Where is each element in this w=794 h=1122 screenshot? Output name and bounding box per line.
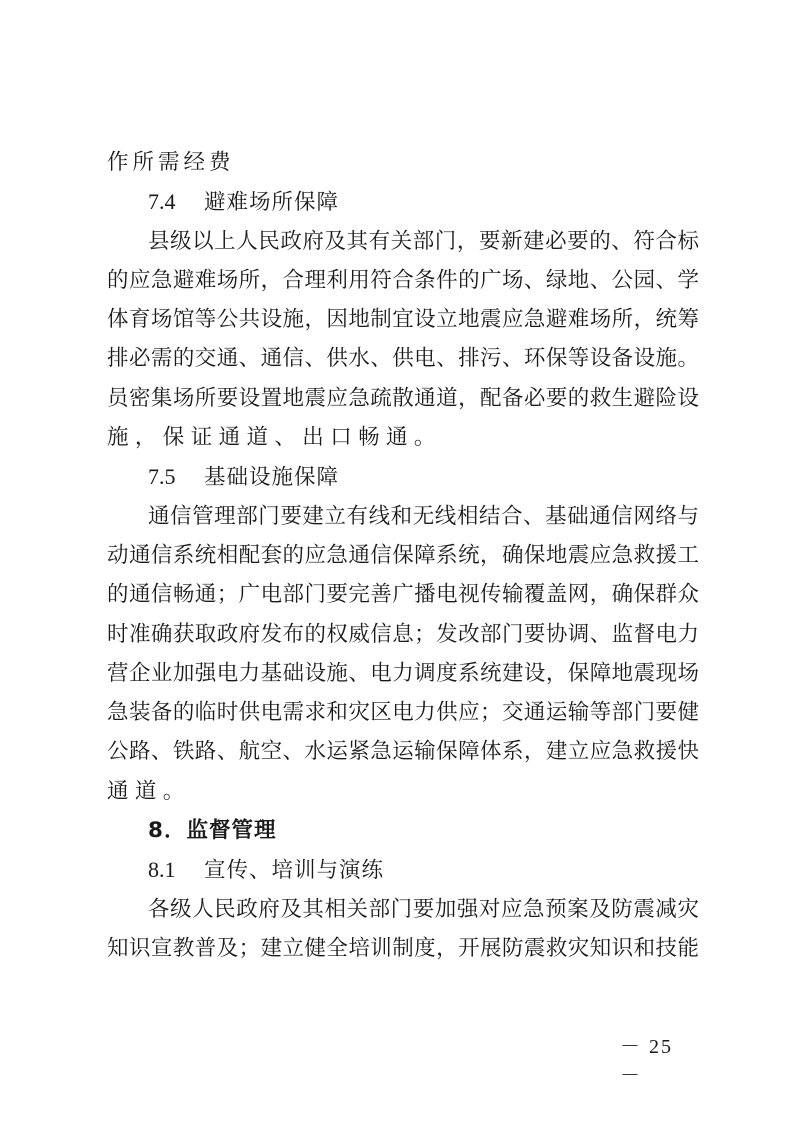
paragraph-line: 员密集场所要设置地震应急疏散通道，配备必要的救生避险设 <box>107 379 699 418</box>
paragraph-line: 县级以上人民政府及其有关部门，要新建必要的、符合标准 <box>107 222 699 261</box>
paragraph-line: 公路、铁路、航空、水运紧急运输保障体系，建立应急救援快速 <box>107 732 699 771</box>
section-heading-8-1: 8.1宣传、培训与演练 <box>107 850 699 889</box>
section-title: 避难场所保障 <box>204 190 339 215</box>
section-title: 宣传、培训与演练 <box>204 858 384 883</box>
paragraph-line: 时准确获取政府发布的权威信息；发改部门要协调、监督电力运 <box>107 615 699 654</box>
section-number: 7.4 <box>148 182 204 221</box>
document-page: 作所需经费 7.4避难场所保障 县级以上人民政府及其有关部门，要新建必要的、符合… <box>0 0 794 1122</box>
paragraph-line: 知识宣教普及；建立健全培训制度，开展防震救灾知识和技能培 <box>107 929 699 968</box>
section-title: 基础设施保障 <box>204 465 339 490</box>
section-heading-7-4: 7.4避难场所保障 <box>107 182 699 221</box>
paragraph-line: 的通信畅通；广电部门要完善广播电视传输覆盖网，确保群众及 <box>107 575 699 614</box>
paragraph-line: 施，保证通道、出口畅通。 <box>107 418 699 457</box>
section-heading-7-5: 7.5基础设施保障 <box>107 457 699 496</box>
paragraph-line: 通道。 <box>107 772 699 811</box>
paragraph-line: 的应急避难场所，合理利用符合条件的广场、绿地、公园、学校、 <box>107 261 699 300</box>
paragraph-line: 排必需的交通、通信、供水、供电、排污、环保等设备设施。人 <box>107 339 699 378</box>
paragraph-line: 营企业加强电力基础设施、电力调度系统建设，保障地震现场应 <box>107 654 699 693</box>
paragraph-line: 通信管理部门要建立有线和无线相结合、基础通信网络与机 <box>107 497 699 536</box>
section-heading-8: 8．监督管理 <box>107 811 699 850</box>
paragraph-line: 急装备的临时供电需求和灾区电力供应；交通运输等部门要健全 <box>107 693 699 732</box>
paragraph-line: 体育场馆等公共设施，因地制宜设立地震应急避难场所，统筹安 <box>107 300 699 339</box>
paragraph-line: 动通信系统相配套的应急通信保障系统，确保地震应急救援工作 <box>107 536 699 575</box>
page-body: 作所需经费 7.4避难场所保障 县级以上人民政府及其有关部门，要新建必要的、符合… <box>107 143 699 968</box>
continued-text-line: 作所需经费 <box>107 143 699 182</box>
section-number: 8.1 <box>148 850 204 889</box>
page-number: － 25 － <box>620 1030 700 1088</box>
section-number: 7.5 <box>148 457 204 496</box>
paragraph-line: 各级人民政府及其相关部门要加强对应急预案及防震减灾 <box>107 890 699 929</box>
